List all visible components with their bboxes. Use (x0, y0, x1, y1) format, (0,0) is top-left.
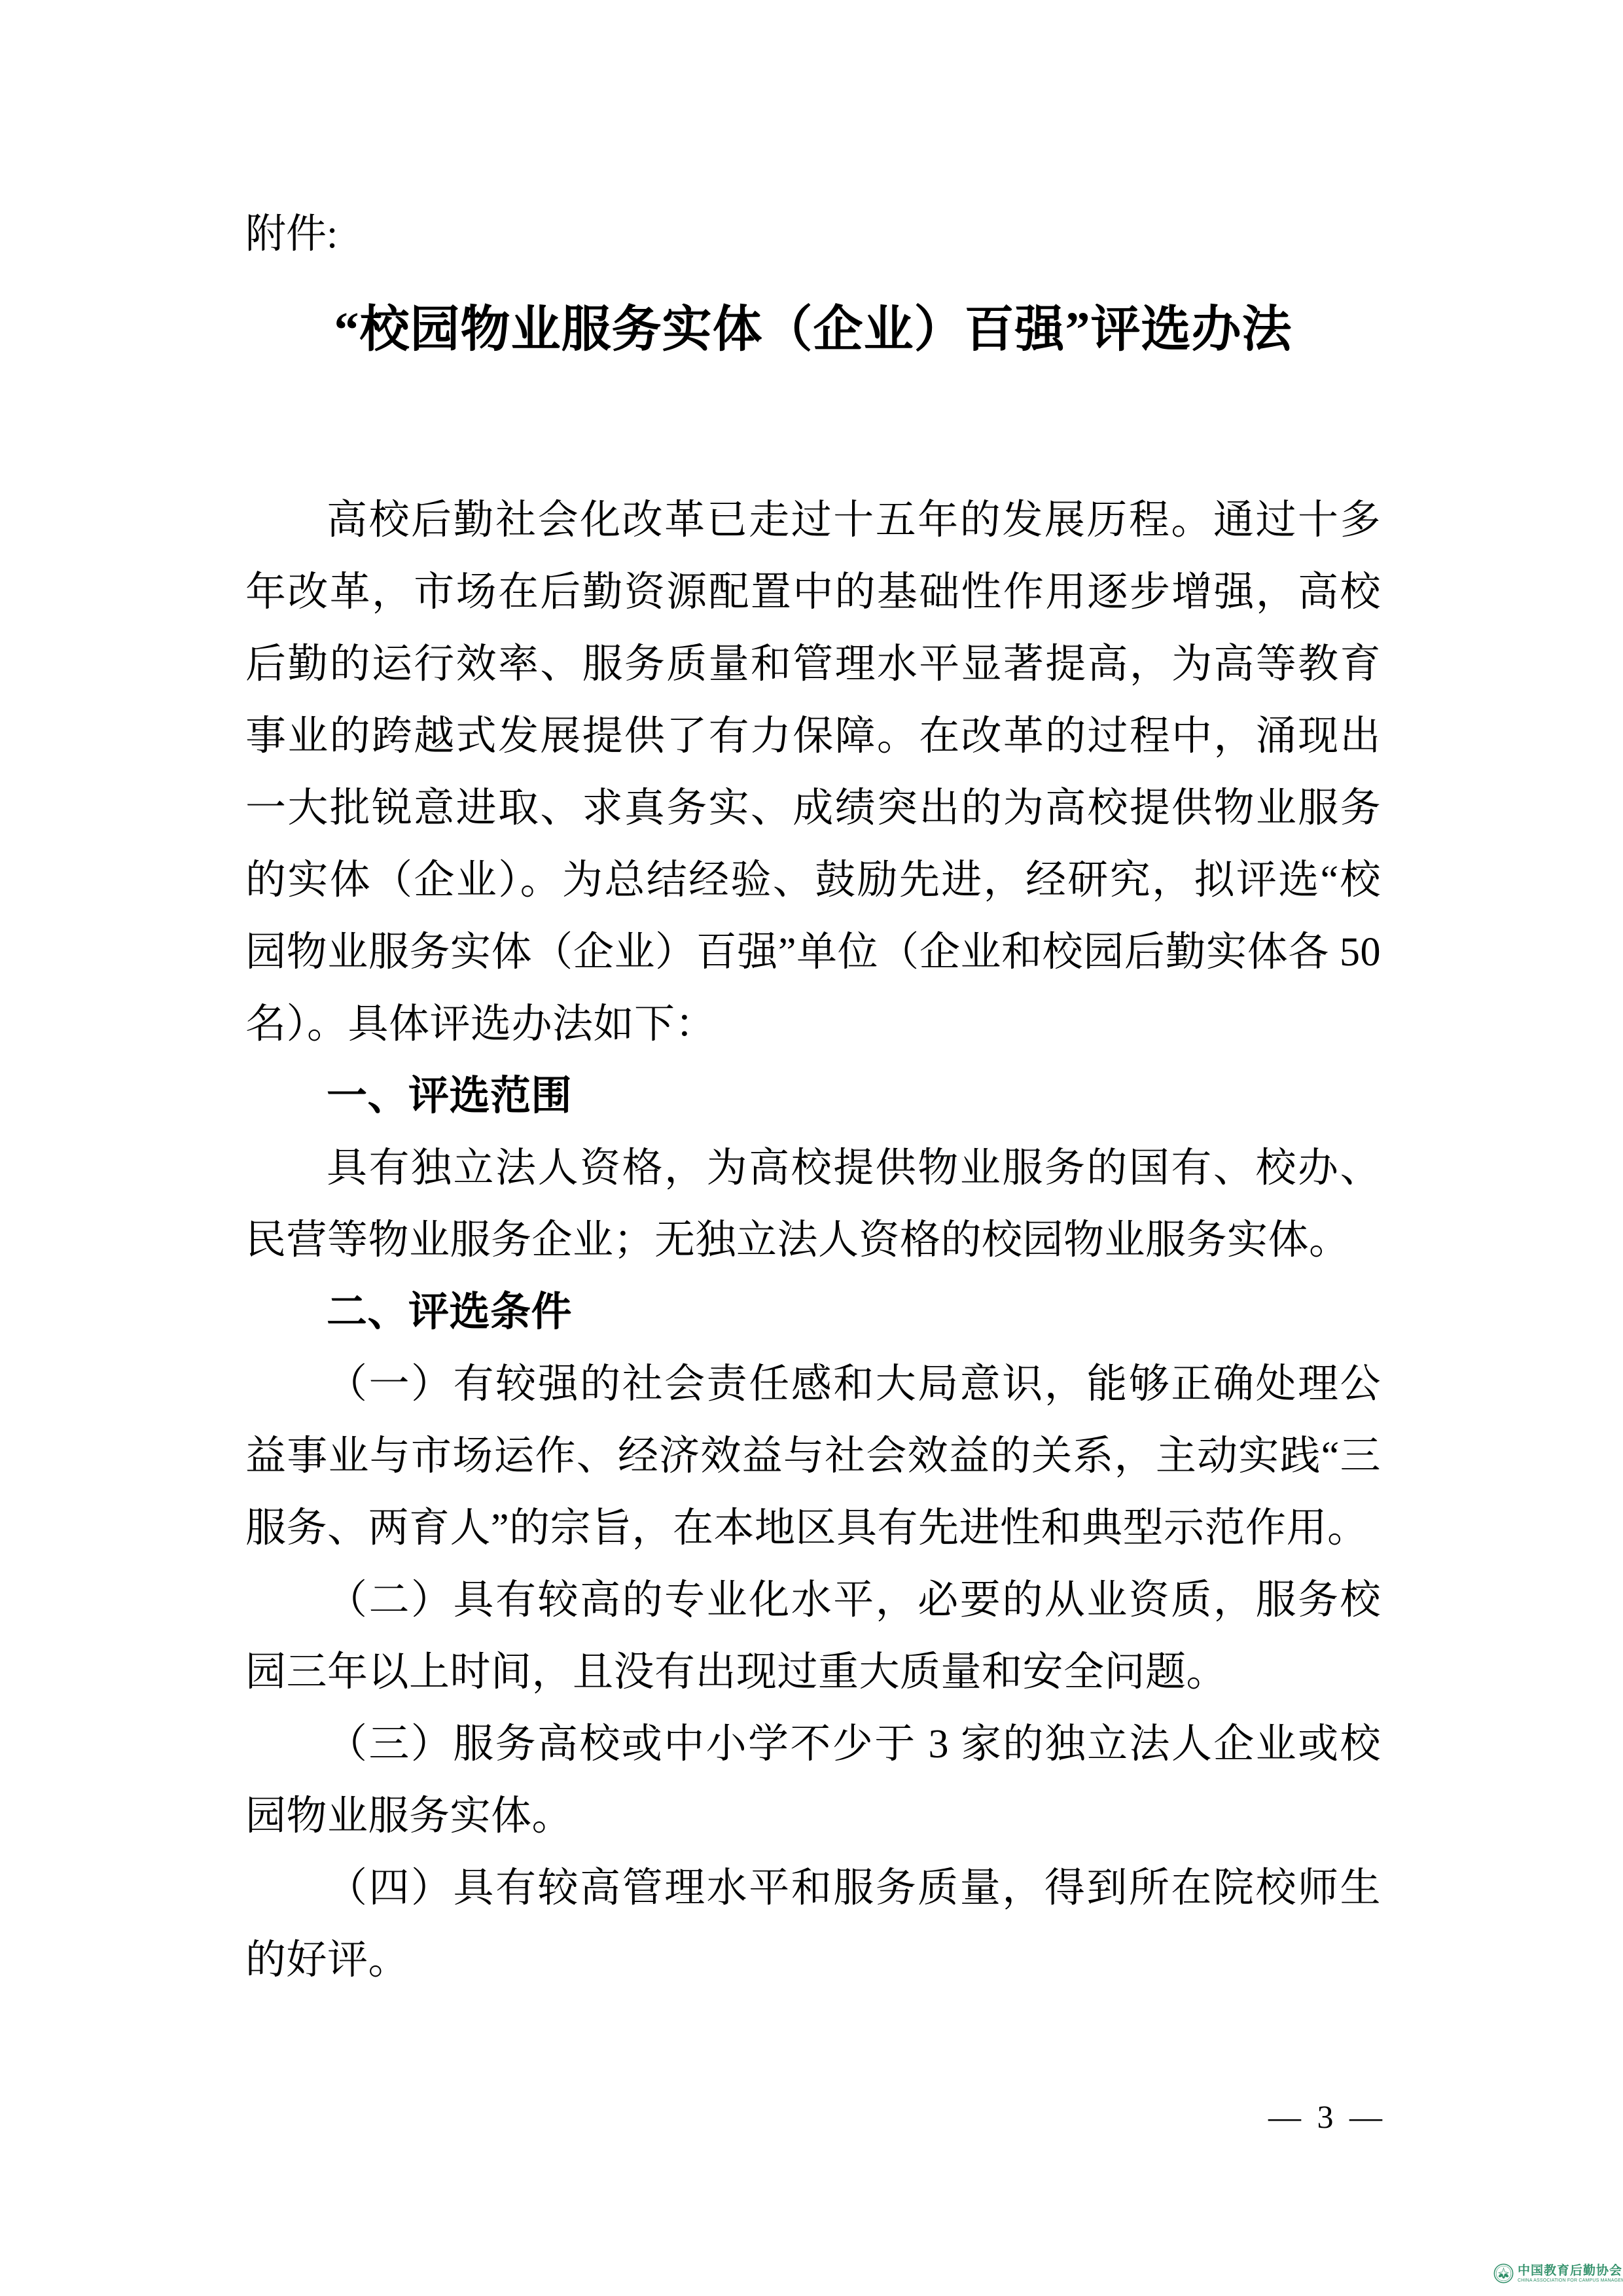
document-page: 附件: “校园物业服务实体（企业）百强”评选办法 高校后勤社会化改革已走过十五年… (0, 0, 1623, 2296)
body-paragraph: （一）有较强的社会责任感和大局意识，能够正确处理公益事业与市场运作、经济效益与社… (245, 1348, 1381, 1564)
body-paragraph: （二）具有较高的专业化水平，必要的从业资质，服务校园三年以上时间，且没有出现过重… (245, 1564, 1381, 1708)
page-title: “校园物业服务实体（企业）百强”评选办法 (245, 292, 1381, 368)
association-logo-text: 中国教育后勤协会 CHINA ASSOCIATION FOR CAMPUS MA… (1518, 2264, 1623, 2284)
page-number: — 3 — (1262, 2097, 1393, 2136)
body-paragraph: （三）服务高校或中小学不少于 3 家的独立法人企业或校园物业服务实体。 (245, 1708, 1381, 1852)
document-body: 高校后勤社会化改革已走过十五年的发展历程。通过十多年改革，市场在后勤资源配置中的… (245, 484, 1381, 1996)
attachment-label: 附件: (245, 211, 1381, 258)
section-heading: 二、评选条件 (245, 1276, 1381, 1348)
body-paragraph: 具有独立法人资格，为高校提供物业服务的国有、校办、民营等物业服务企业；无独立法人… (245, 1132, 1381, 1276)
association-en-name: CHINA ASSOCIATION FOR CAMPUS MANAGEMENT (1518, 2278, 1623, 2284)
body-paragraph: 高校后勤社会化改革已走过十五年的发展历程。通过十多年改革，市场在后勤资源配置中的… (245, 484, 1381, 1060)
association-cn-name: 中国教育后勤协会 (1518, 2264, 1623, 2278)
section-heading: 一、评选范围 (245, 1060, 1381, 1132)
association-logo: 中国教育后勤协会 CHINA ASSOCIATION FOR CAMPUS MA… (1493, 2263, 1623, 2284)
body-paragraph: （四）具有较高管理水平和服务质量，得到所在院校师生的好评。 (245, 1852, 1381, 1996)
association-emblem-icon (1493, 2263, 1514, 2284)
